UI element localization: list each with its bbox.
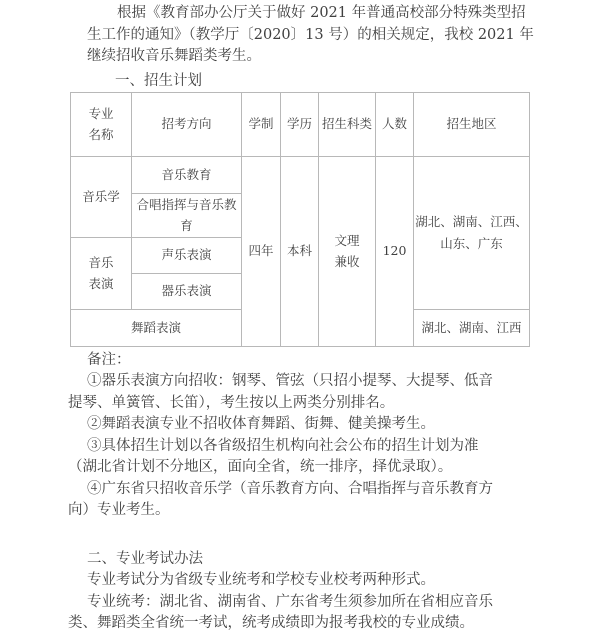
admission-plan-table: 专业 名称 招考方向 学制 学历 招生科类 人数 招生地区 音乐学 音乐教育 四…	[70, 92, 530, 347]
section2-paragraph-1: 专业考试分为省级专业统考和学校专业校考两种形式。	[68, 570, 581, 592]
cell-major-music-performance: 音乐 表演	[71, 237, 132, 309]
note-item-3: ③具体招生计划以各省级招生机构向社会公布的招生计划为准 （湖北省计划不分地区，面…	[68, 436, 581, 479]
header-duration: 学制	[242, 92, 281, 156]
header-count: 人数	[376, 92, 414, 156]
section2-heading: 二、专业考试办法	[68, 549, 581, 571]
cell-degree: 本科	[281, 156, 319, 346]
section1-heading: 一、招生计划	[115, 72, 581, 90]
header-major-name: 专业 名称	[71, 92, 132, 156]
cell-dir-music-education: 音乐教育	[132, 156, 242, 193]
cell-dir-instrumental-performance: 器乐表演	[132, 273, 242, 309]
notes-label: 备注：	[68, 350, 581, 372]
table-row: 音乐学 音乐教育 四年 本科 文理 兼收 120 湖北、湖南、江西、 山东、广东	[71, 156, 530, 193]
header-degree: 学历	[281, 92, 319, 156]
cell-dir-choral-conducting: 合唱指挥与音乐教育	[132, 193, 242, 237]
cell-region-main: 湖北、湖南、江西、 山东、广东	[414, 156, 530, 309]
cell-count: 120	[376, 156, 414, 346]
note-item-1: ①器乐表演方向招收：钢琴、管弦（只招小提琴、大提琴、低音 提琴、单簧管、长笛），…	[68, 371, 581, 414]
note-item-2: ②舞蹈表演专业不招收体育舞蹈、街舞、健美操考生。	[68, 414, 581, 436]
cell-major-dance-performance: 舞蹈表演	[71, 309, 242, 346]
cell-major-musicology: 音乐学	[71, 156, 132, 237]
section2-paragraph-2: 专业统考：湖北省、湖南省、广东省考生须参加所在省相应音乐 类、舞蹈类全省统一考试…	[68, 592, 581, 635]
header-region: 招生地区	[414, 92, 530, 156]
header-subject-category: 招生科类	[319, 92, 376, 156]
cell-region-dance: 湖北、湖南、江西	[414, 309, 530, 346]
cell-duration: 四年	[242, 156, 281, 346]
header-exam-direction: 招考方向	[132, 92, 242, 156]
notes-section: 备注： ①器乐表演方向招收：钢琴、管弦（只招小提琴、大提琴、低音 提琴、单簧管、…	[68, 350, 581, 522]
intro-paragraph: 根据《教育部办公厅关于做好 2021 年普通高校部分特殊类型招 生工作的通知》（…	[87, 3, 581, 68]
note-item-4: ④广东省只招收音乐学（音乐教育方向、合唱指挥与音乐教育方 向）专业考生。	[68, 479, 581, 522]
document-page: 根据《教育部办公厅关于做好 2021 年普通高校部分特殊类型招 生工作的通知》（…	[0, 0, 591, 635]
cell-category: 文理 兼收	[319, 156, 376, 346]
cell-dir-vocal-performance: 声乐表演	[132, 237, 242, 273]
table-header-row: 专业 名称 招考方向 学制 学历 招生科类 人数 招生地区	[71, 92, 530, 156]
